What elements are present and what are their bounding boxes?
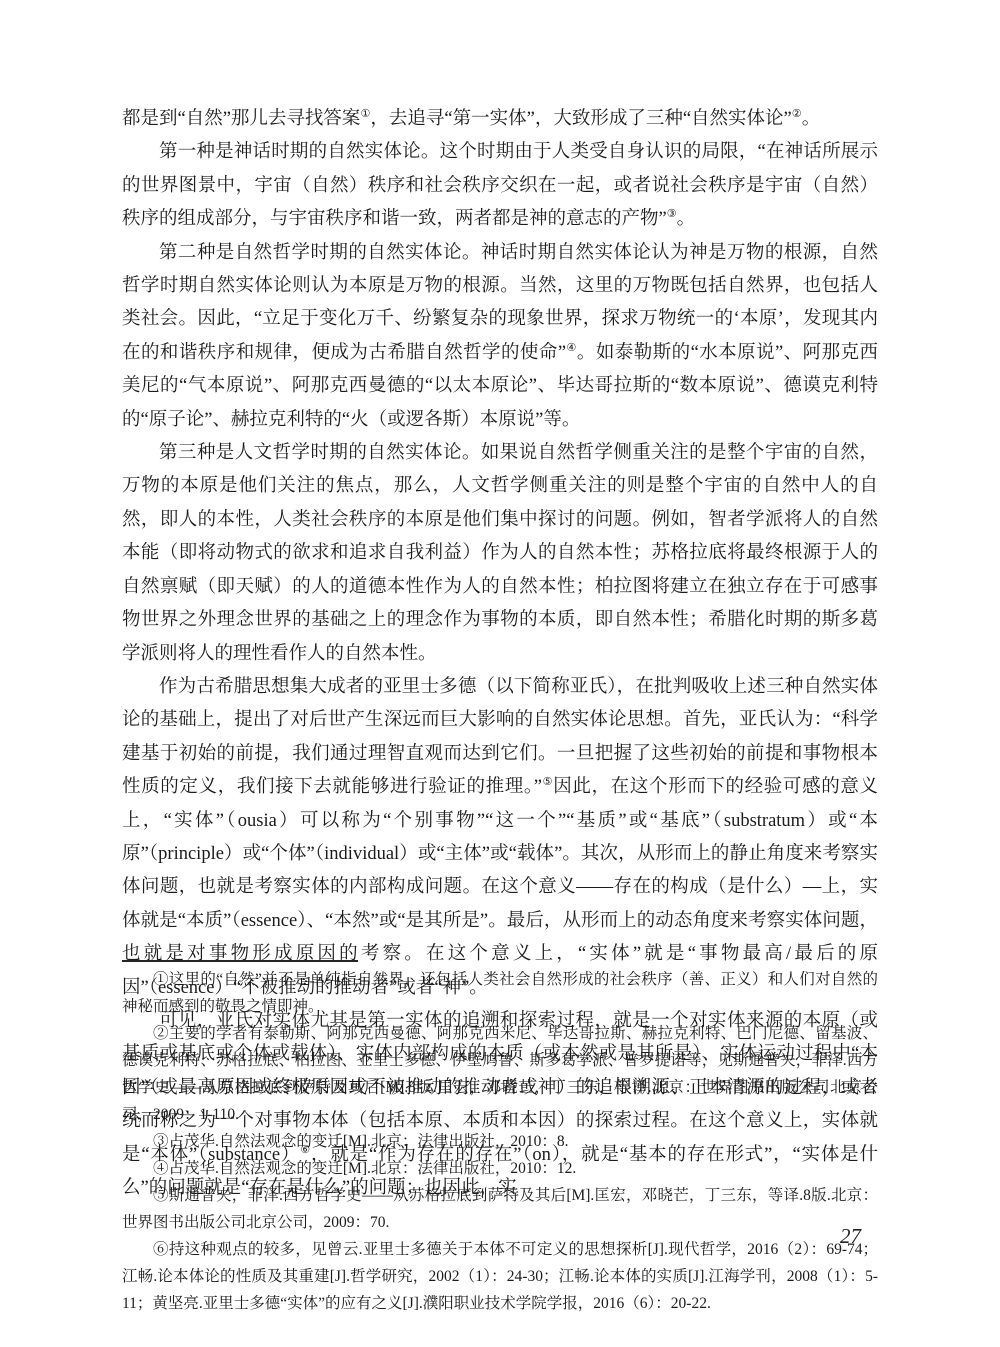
footnote-item: ⑥持这种观点的较多，见曾云.亚里士多德关于本体不可定义的思想探析[J].现代哲学… [122, 1236, 878, 1317]
footnote-item: ③占茂华.自然法观念的变迁[M].北京：法律出版社，2010：8. [122, 1128, 878, 1155]
footnote-reference: ② [792, 108, 802, 120]
paragraph: 第二种是自然哲学时期的自然实体论。神话时期自然实体论认为神是万物的根源，自然哲学… [122, 237, 878, 437]
footnote-item: ⑤斯通普夫，菲泽.西方哲学史——从苏格拉底到萨特及其后[M].匡宏，邓晓芒，丁三… [122, 1182, 878, 1236]
footnote-reference: ④ [566, 342, 577, 354]
footnote-reference: ③ [667, 208, 677, 220]
footnote-reference: ① [360, 108, 370, 120]
paragraph: 作为古希腊思想集大成者的亚里士多德（以下简称亚氏），在批判吸收上述三种自然实体论… [122, 671, 878, 1005]
footnote-item: ②主要的学者有泰勒斯、阿那克西曼德、阿那克西米尼、毕达哥拉斯、赫拉克利特、巴门尼… [122, 1020, 878, 1128]
footnotes-section: ①这里的“自然”并不是单纯指自然界，还包括人类社会自然形成的社会秩序（善、正义）… [122, 966, 878, 1317]
paragraph: 都是到“自然”那儿去寻找答案①，去追寻“第一实体”，大致形成了三种“自然实体论”… [122, 103, 878, 136]
footnote-item: ④占茂华.自然法观念的变迁[M].北京：法律出版社，2010：12. [122, 1155, 878, 1182]
paragraph: 第三种是人文哲学时期的自然实体论。如果说自然哲学侧重关注的是整个宇宙的自然，万物… [122, 437, 878, 671]
footnote-reference: ⑤ [542, 776, 553, 788]
footnote-item: ①这里的“自然”并不是单纯指自然界，还包括人类社会自然形成的社会秩序（善、正义）… [122, 966, 878, 1020]
paragraph: 第一种是神话时期的自然实体论。这个时期由于人类受自身认识的局限，“在神话所展示的… [122, 136, 878, 236]
document-page: 都是到“自然”那儿去寻找答案①，去追寻“第一实体”，大致形成了三种“自然实体论”… [0, 0, 1000, 1347]
page-number: 27 [840, 1224, 861, 1249]
footnote-separator [122, 960, 358, 962]
